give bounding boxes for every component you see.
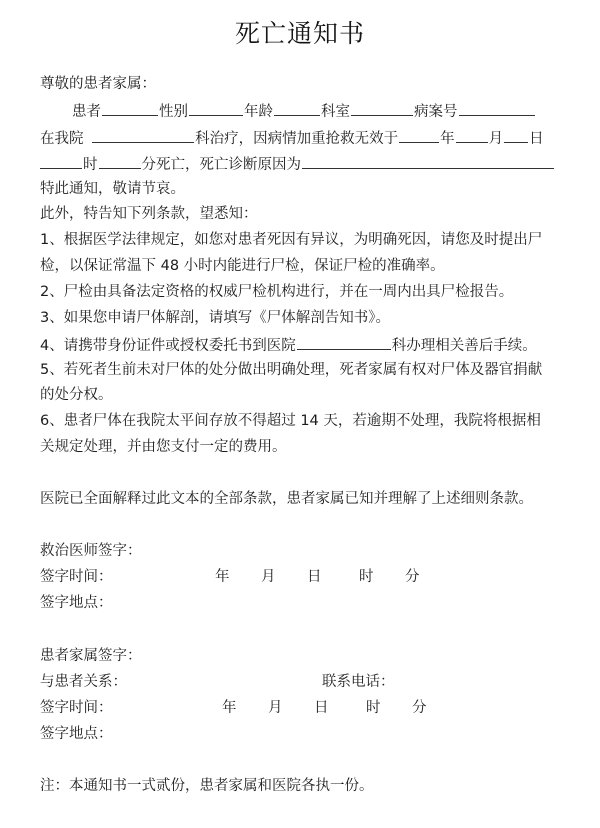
treatment-text: 科治疗，因病情加重抢救无效于 [195, 131, 398, 147]
relation-label: 与患者关系： [40, 672, 127, 692]
footnote: 注：本通知书一式贰份，患者家属和医院各执一份。 [40, 776, 374, 796]
treatment-department-field[interactable] [92, 127, 194, 143]
doctor-place-label: 签字地点： [40, 593, 113, 613]
acknowledgement: 医院已全面解释过此文本的全部条款，患者家属已知并理解了上述细则条款。 [40, 489, 533, 509]
condolence-line: 特此通知，敬请节哀。 [40, 179, 185, 199]
record-no-label: 病案号 [414, 104, 458, 120]
death-month-field[interactable] [456, 127, 488, 143]
term-1-line-1: 1、根据医学法律规定，如您对患者死因有异议，为明确死因，请您及时提出尸 [40, 230, 542, 250]
term-4: 4、请携带身份证件或授权委托书到医院科办理相关善后手续。 [40, 334, 537, 354]
death-day-field[interactable] [504, 127, 528, 143]
hour-label: 时 [83, 157, 98, 173]
death-hour-field[interactable] [40, 153, 82, 169]
death-info-row-2: 时分死亡，死亡诊断原因为 [40, 153, 555, 173]
term-2: 2、尸检由具备法定资格的权威尸检机构进行，并在一周内出具尸检报告。 [40, 282, 513, 302]
year-label: 年 [440, 131, 455, 147]
family-time-label: 签字时间： [40, 698, 113, 718]
age-field[interactable] [274, 100, 320, 116]
doctor-signature-label: 救治医师签字： [40, 541, 142, 561]
family-signature-label: 患者家属签字： [40, 646, 142, 666]
month-label: 月 [489, 131, 504, 147]
doctor-year-label: 年 [215, 567, 230, 587]
at-hospital-text: 在我院 [40, 131, 84, 147]
family-year-label: 年 [222, 698, 237, 718]
term-5-line-2: 的处分权。 [40, 385, 113, 405]
term-5-line-1: 5、若死者生前未对尸体的处分做出明确处理，死者家属有权对尸体及器官捐献 [40, 360, 542, 380]
department-label: 科室 [321, 104, 350, 120]
death-info-row-1: 在我院 科治疗，因病情加重抢救无效于年月日 [40, 127, 544, 147]
family-day-label: 日 [314, 698, 329, 718]
term-1-line-2: 检，以保证常温下 48 小时内能进行尸检，保证尸检的准确率。 [40, 256, 445, 276]
doctor-month-label: 月 [261, 567, 276, 587]
record-number-field[interactable] [459, 100, 535, 116]
term-4-before: 4、请携带身份证件或授权委托书到医院 [40, 338, 296, 354]
age-label: 年龄 [244, 104, 273, 120]
doctor-hour-label: 时 [359, 567, 374, 587]
family-place-label: 签字地点： [40, 724, 113, 744]
term-6-line-2: 关规定处理，并由您支付一定的费用。 [40, 437, 287, 457]
gender-field[interactable] [189, 100, 243, 116]
family-minute-label: 分 [412, 698, 427, 718]
death-minute-field[interactable] [99, 153, 141, 169]
term-4-after: 科办理相关善后手续。 [392, 338, 537, 354]
patient-label: 患者 [72, 104, 101, 120]
terms-intro: 此外，特告知下列条款，望悉知： [40, 204, 258, 224]
phone-label: 联系电话： [322, 672, 395, 692]
death-cause-field[interactable] [302, 153, 554, 169]
doctor-minute-label: 分 [405, 567, 420, 587]
page-title: 死亡通知书 [0, 14, 600, 50]
patient-name-field[interactable] [102, 100, 158, 116]
minute-died-text: 分死亡，死亡诊断原因为 [142, 157, 302, 173]
patient-info-row: 患者性别年龄科室病案号 [72, 100, 536, 120]
salutation: 尊敬的患者家属： [40, 74, 156, 94]
day-label: 日 [529, 131, 544, 147]
aftercare-department-field[interactable] [297, 334, 391, 350]
doctor-day-label: 日 [307, 567, 322, 587]
term-6-line-1: 6、患者尸体在我院太平间存放不得超过 14 天，若逾期不处理，我院将根据相 [40, 411, 541, 431]
gender-label: 性别 [159, 104, 188, 120]
family-month-label: 月 [268, 698, 283, 718]
doctor-time-label: 签字时间： [40, 567, 113, 587]
term-3: 3、如果您申请尸体解剖，请填写《尸体解剖告知书》。 [40, 308, 390, 328]
family-hour-label: 时 [366, 698, 381, 718]
death-year-field[interactable] [399, 127, 439, 143]
department-field[interactable] [351, 100, 413, 116]
